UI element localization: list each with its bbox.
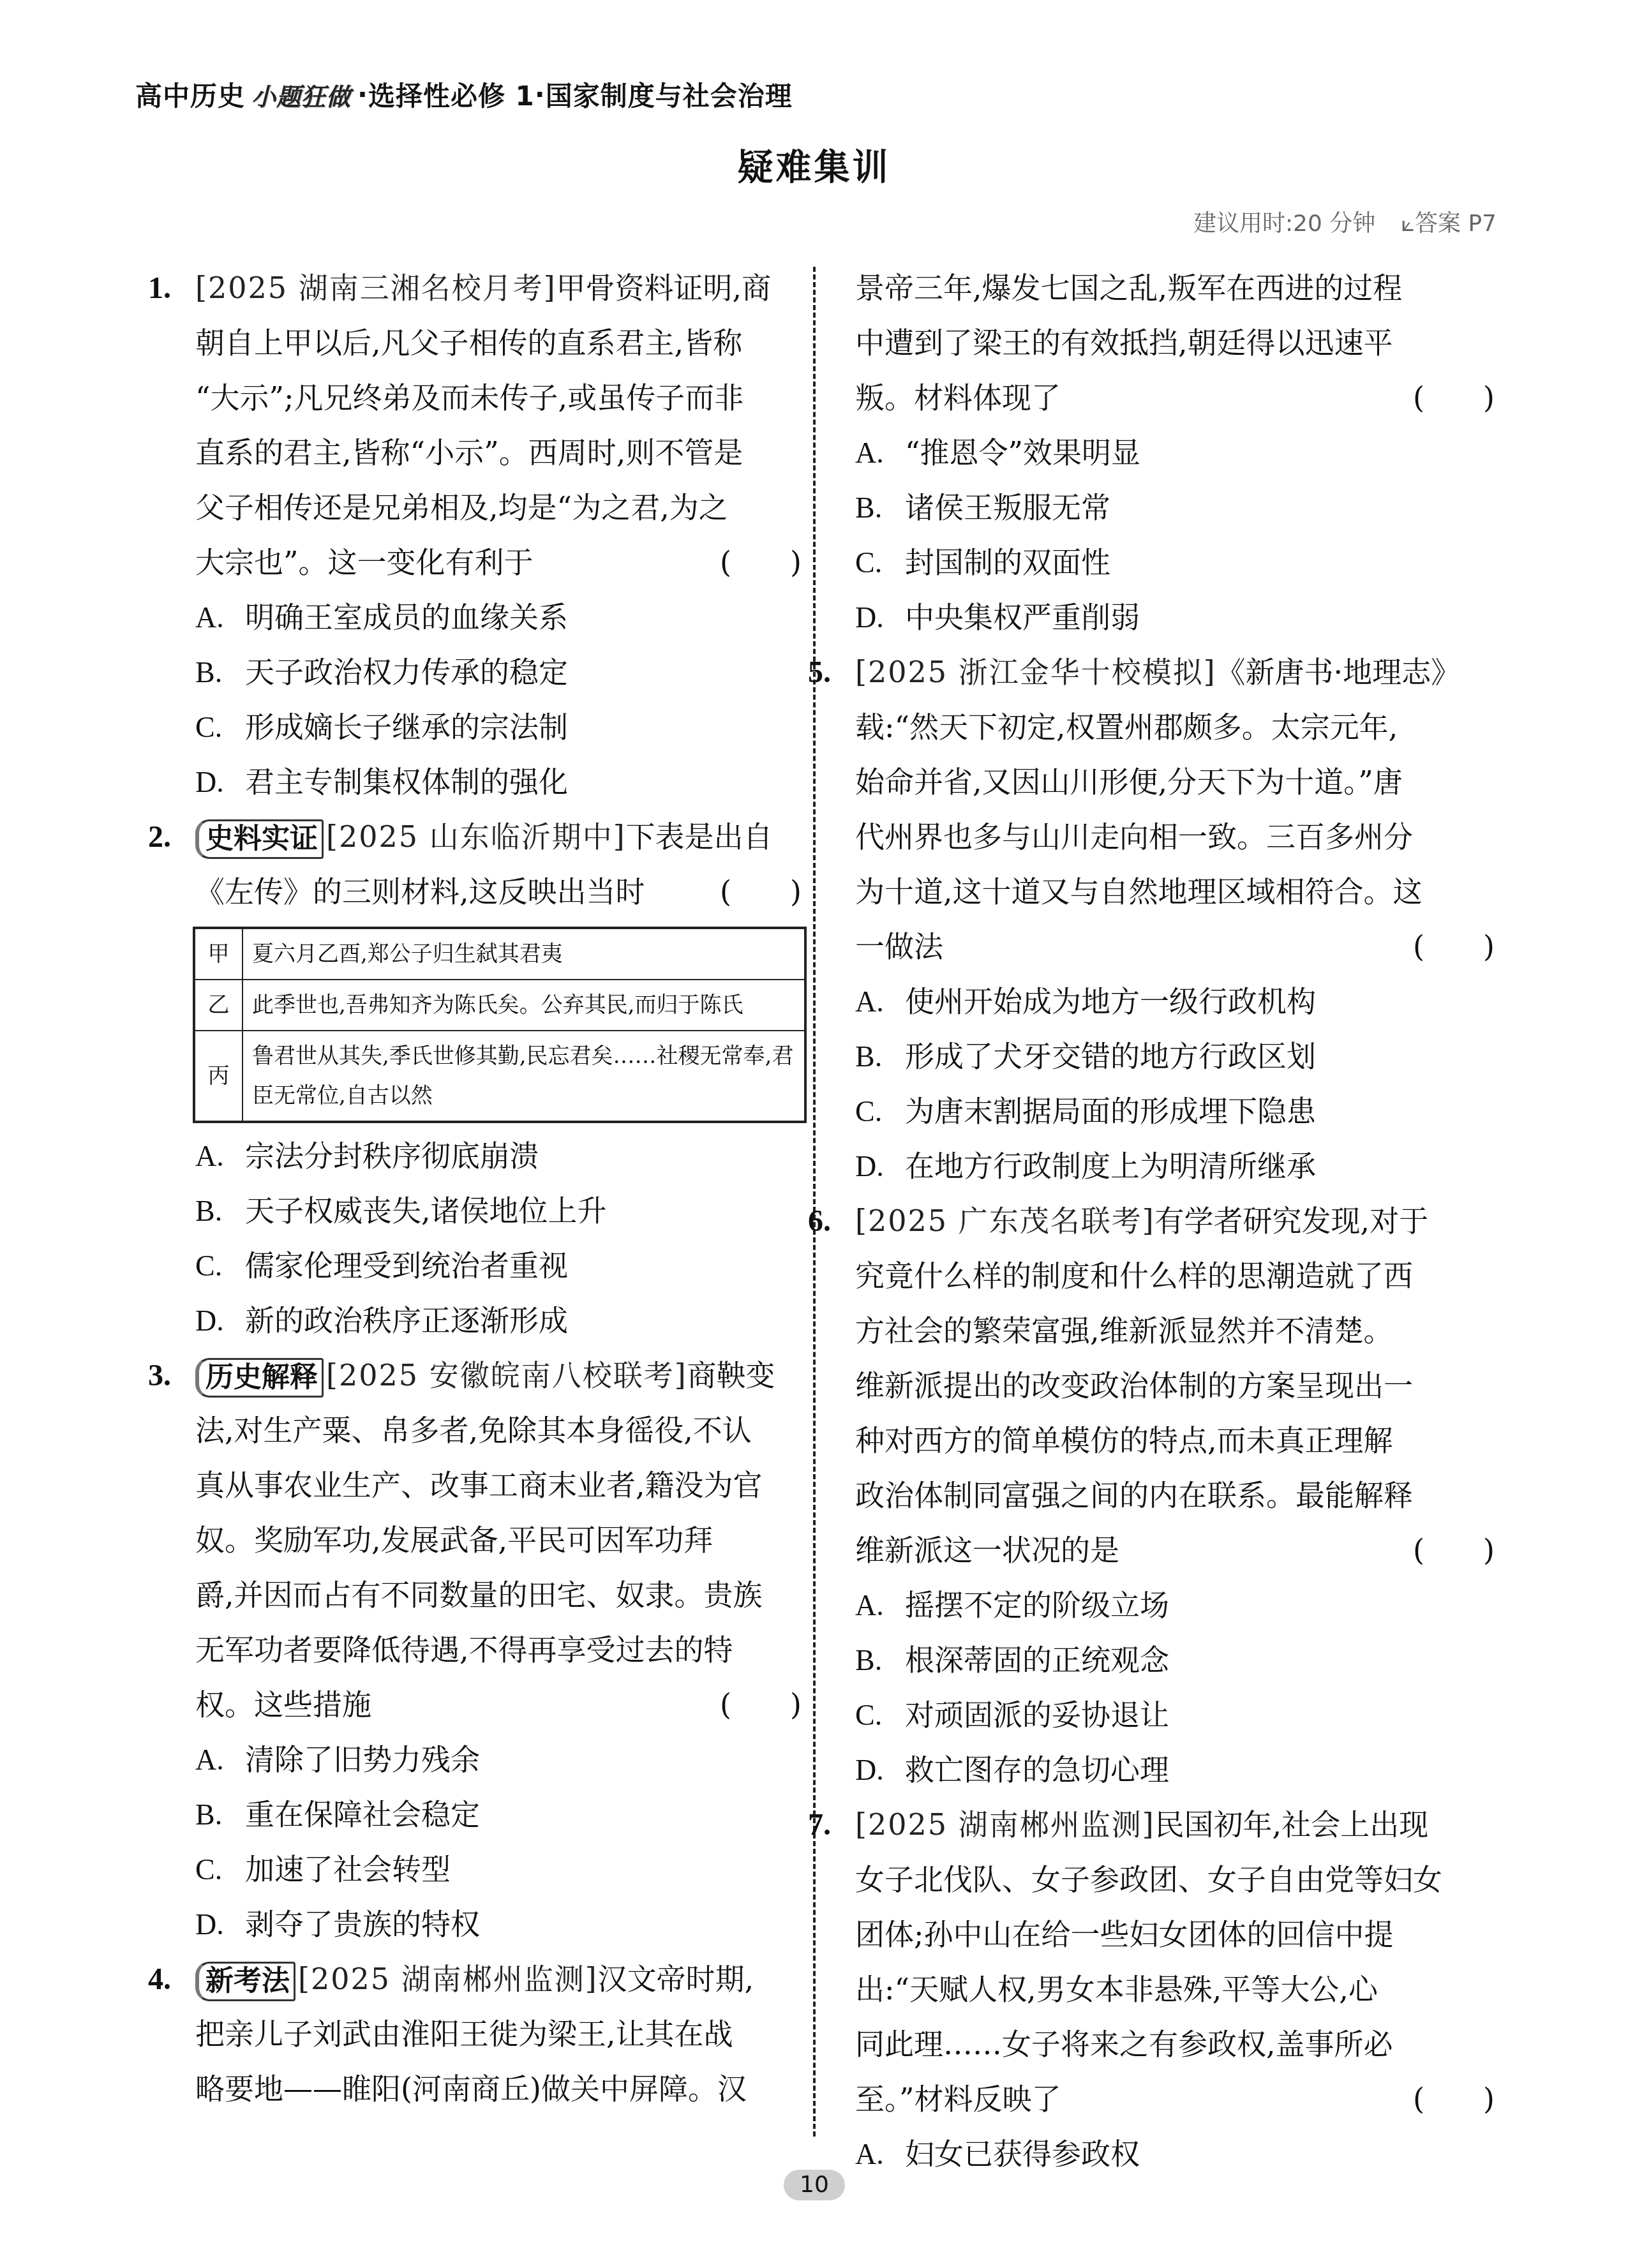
question-number: 3. [148,1348,195,1403]
option-c[interactable]: C.封国制的双面性 [855,535,1500,590]
question-source: [2025 湖南三湘名校月考] [195,271,556,305]
question-text: 同此理……女子将来之有参政权,盖事所必 [808,2017,1500,2071]
answer-blank[interactable]: ( ) [720,535,802,590]
question-text: 始命并省,又因山川形便,分天下为十道。”唐 [808,754,1500,809]
question-text: 甲骨资料证明,商 [556,271,772,305]
question-source: [2025 广东茂名联考] [855,1204,1155,1238]
question-source: [2025 湖南郴州监测] [298,1962,598,1996]
question-text: 《左传》的三则材料,这反映出当时 [195,874,645,909]
option-a[interactable]: A.“推恩令”效果明显 [855,425,1500,480]
question-text: 真从事农业生产、改事工商末业者,籍没为官 [148,1458,807,1512]
question-text: 种对西方的简单模仿的特点,而未真正理解 [808,1413,1500,1468]
header-module: 国家制度与社会治理 [546,75,793,114]
question-text: 父子相传还是兄弟相及,均是“为之君,为之 [148,480,807,535]
answer-reference-link[interactable]: ⟀答案 P7 [1401,211,1497,237]
option-a[interactable]: A.宗法分封秩序彻底崩溃 [148,1128,807,1183]
option-c[interactable]: C.对顽固派的妥协退让 [808,1687,1500,1742]
question-6: 6.[2025 广东茂名联考]有学者研究发现,对于 究竟什么样的制度和什么样的思… [808,1193,1500,1797]
right-column: 景帝三年,爆发七国之乱,叛军在西进的过程 中遭到了梁王的有效抵挡,朝廷得以迅速平… [855,260,1500,2181]
question-text: 维新派这一状况的是 [855,1533,1119,1567]
question-text: 一做法 [855,929,943,964]
question-text: 民国初年,社会上出现 [1155,1807,1429,1842]
option-d[interactable]: D.中央集权严重削弱 [855,590,1500,645]
option-d[interactable]: D.君主专制集权体制的强化 [148,754,807,809]
question-text: 究竟什么样的制度和什么样的思潮造就了西 [808,1248,1500,1303]
suggested-time: 建议用时:20 分钟 [1193,211,1375,237]
skill-tag: 史料实证 [195,819,324,859]
question-text: 把亲儿子刘武由淮阳王徙为梁王,让其在战 [148,2006,807,2061]
question-number: 7. [808,1798,855,1853]
question-3: 3.历史解释[2025 安徽皖南八校联考]商鞅变 法,对生产粟、帛多者,免除其本… [148,1348,807,1951]
question-text: 商鞅变 [687,1358,775,1392]
question-4: 4.新考法[2025 湖南郴州监测]汉文帝时期, 把亲儿子刘武由淮阳王徙为梁王,… [148,1951,807,2116]
question-text: 奴。奖励军功,发展武备,平民可因军功拜 [148,1512,807,1567]
header-sep-2: · [535,79,546,110]
row-label: 甲 [194,928,243,980]
option-b[interactable]: B.诸侯王叛服无常 [855,480,1500,535]
header-subject: 高中历史 [135,75,245,114]
question-source: [2025 湖南郴州监测] [855,1807,1155,1842]
question-number: 2. [148,810,195,865]
option-a[interactable]: A.清除了旧势力残余 [148,1732,807,1787]
option-d[interactable]: D.救亡图存的急切心理 [808,1742,1500,1797]
option-b[interactable]: B.根深蒂固的正统观念 [808,1632,1500,1687]
skill-tag: 历史解释 [195,1358,324,1398]
left-column: 1.[2025 湖南三湘名校月考]甲骨资料证明,商 朝自上甲以后,凡父子相传的直… [148,260,807,2116]
option-a[interactable]: A.摇摆不定的阶级立场 [808,1578,1500,1632]
answer-blank[interactable]: ( ) [1413,2071,1495,2126]
row-text: 鲁君世从其失,季氏世修其勤,民忘君矣……社稷无常奉,君臣无常位,自古以然 [243,1031,805,1122]
answer-blank[interactable]: ( ) [720,864,802,919]
answer-blank[interactable]: ( ) [1413,919,1495,974]
question-text: 代州界也多与山川走向相一致。三百多州分 [808,809,1500,864]
option-b[interactable]: B.形成了犬牙交错的地方行政区划 [808,1029,1500,1084]
row-label: 乙 [194,980,243,1031]
question-5: 5.[2025 浙江金华十校模拟]《新唐书·地理志》 载:“然天下初定,权置州郡… [808,645,1500,1193]
row-text: 夏六月乙酉,郑公子归生弑其君夷 [243,928,805,980]
row-text: 此季世也,吾弗知齐为陈氏矣。公弃其民,而归于陈氏 [243,980,805,1031]
question-text: 出:“天赋人权,男女本非悬殊,平等大公,心 [808,1962,1500,2017]
question-text: 景帝三年,爆发七国之乱,叛军在西进的过程 [855,260,1500,315]
question-text: 维新派提出的改变政治体制的方案呈现出一 [808,1358,1500,1413]
question-text: 无军功者要降低待遇,不得再享受过去的特 [148,1622,807,1677]
question-number: 1. [148,261,195,316]
answer-blank[interactable]: ( ) [1413,1523,1495,1578]
answer-blank[interactable]: ( ) [1413,370,1495,425]
header-sep-1: · [357,79,368,110]
option-c[interactable]: C.形成嫡长子继承的宗法制 [148,699,807,754]
question-4-continued: 景帝三年,爆发七国之乱,叛军在西进的过程 中遭到了梁王的有效抵挡,朝廷得以迅速平… [855,260,1500,645]
option-d[interactable]: D.在地方行政制度上为明清所继承 [808,1138,1500,1193]
table-row: 甲 夏六月乙酉,郑公子归生弑其君夷 [194,928,805,980]
option-c[interactable]: C.儒家伦理受到统治者重视 [148,1238,807,1293]
option-a[interactable]: A.妇女已获得参政权 [808,2126,1500,2181]
page-number: 10 [784,2170,845,2200]
option-b[interactable]: B.天子政治权力传承的稳定 [148,645,807,699]
question-text: 权。这些措施 [195,1687,371,1722]
question-source: [2025 安徽皖南八校联考] [326,1358,687,1392]
table-row: 乙 此季世也,吾弗知齐为陈氏矣。公弃其民,而归于陈氏 [194,980,805,1031]
question-2: 2.史料实证[2025 山东临沂期中]下表是出自 《左传》的三则材料,这反映出当… [148,809,807,1348]
section-meta: 建议用时:20 分钟⟀答案 P7 [1193,205,1497,238]
option-b[interactable]: B.天子权威丧失,诸侯地位上升 [148,1183,807,1238]
option-c[interactable]: C.为唐末割据局面的形成埋下隐患 [808,1084,1500,1138]
question-text: 团体;孙中山在给一些妇女团体的回信中提 [808,1907,1500,1962]
question-text: 政治体制同富强之间的内在联系。最能解释 [808,1468,1500,1523]
table-row: 丙 鲁君世从其失,季氏世修其勤,民忘君矣……社稷无常奉,君臣无常位,自古以然 [194,1031,805,1122]
option-a[interactable]: A.使州开始成为地方一级行政机构 [808,974,1500,1029]
brand-logo: 小题狂做 [251,77,351,112]
question-7: 7.[2025 湖南郴州监测]民国初年,社会上出现 女子北伐队、女子参政团、女子… [808,1797,1500,2181]
question-number: 5. [808,645,855,700]
question-1: 1.[2025 湖南三湘名校月考]甲骨资料证明,商 朝自上甲以后,凡父子相传的直… [148,260,807,809]
question-text: 有学者研究发现,对于 [1155,1204,1429,1238]
answer-blank[interactable]: ( ) [720,1677,802,1732]
question-text: “大示”;凡兄终弟及而未传子,或虽传子而非 [148,370,807,425]
question-text: 下表是出自 [626,819,773,854]
question-number: 6. [808,1194,855,1249]
question-text: 直系的君主,皆称“小示”。西周时,则不管是 [148,425,807,480]
skill-tag: 新考法 [195,1962,295,2001]
question-text: 女子北伐队、女子参政团、女子自由党等妇女 [808,1852,1500,1907]
option-d[interactable]: D.新的政治秩序正逐渐形成 [148,1293,807,1348]
question-text: 叛。材料体现了 [855,380,1061,415]
option-a[interactable]: A.明确王室成员的血缘关系 [148,590,807,645]
option-b[interactable]: B.重在保障社会稳定 [148,1787,807,1842]
question-text: 朝自上甲以后,凡父子相传的直系君主,皆称 [148,315,807,370]
source-material-table: 甲 夏六月乙酉,郑公子归生弑其君夷 乙 此季世也,吾弗知齐为陈氏矣。公弃其民,而… [193,927,807,1123]
question-text: 中遭到了梁王的有效抵挡,朝廷得以迅速平 [855,315,1500,370]
option-d[interactable]: D.剥夺了贵族的特权 [148,1897,807,1951]
question-text: 方社会的繁荣富强,维新派显然并不清楚。 [808,1303,1500,1358]
question-source: [2025 浙江金华十校模拟] [855,655,1216,689]
question-text: 载:“然天下初定,权置州郡颇多。太宗元年, [808,699,1500,754]
question-text: 爵,并因而占有不同数量的田宅、奴隶。贵族 [148,1567,807,1622]
row-label: 丙 [194,1031,243,1122]
question-source: [2025 山东临沂期中] [326,819,626,854]
question-text: 大宗也”。这一变化有利于 [195,545,534,579]
question-text: 汉文帝时期, [598,1962,754,1996]
question-text: 法,对生产粟、帛多者,免除其本身徭役,不认 [148,1403,807,1458]
question-text: 至。”材料反映了 [855,2082,1061,2116]
question-text: 《新唐书·地理志》 [1216,655,1461,689]
option-c[interactable]: C.加速了社会转型 [148,1842,807,1897]
page-title: 疑难集训 [0,139,1628,190]
question-text: 略要地——睢阳(河南商丘)做关中屏障。汉 [148,2061,807,2116]
header-book: 选择性必修 1 [368,75,535,114]
running-header: 高中历史 小题狂做 · 选择性必修 1 · 国家制度与社会治理 [135,75,793,114]
question-text: 为十道,这十道又与自然地理区域相符合。这 [808,864,1500,919]
question-number: 4. [148,1952,195,2007]
